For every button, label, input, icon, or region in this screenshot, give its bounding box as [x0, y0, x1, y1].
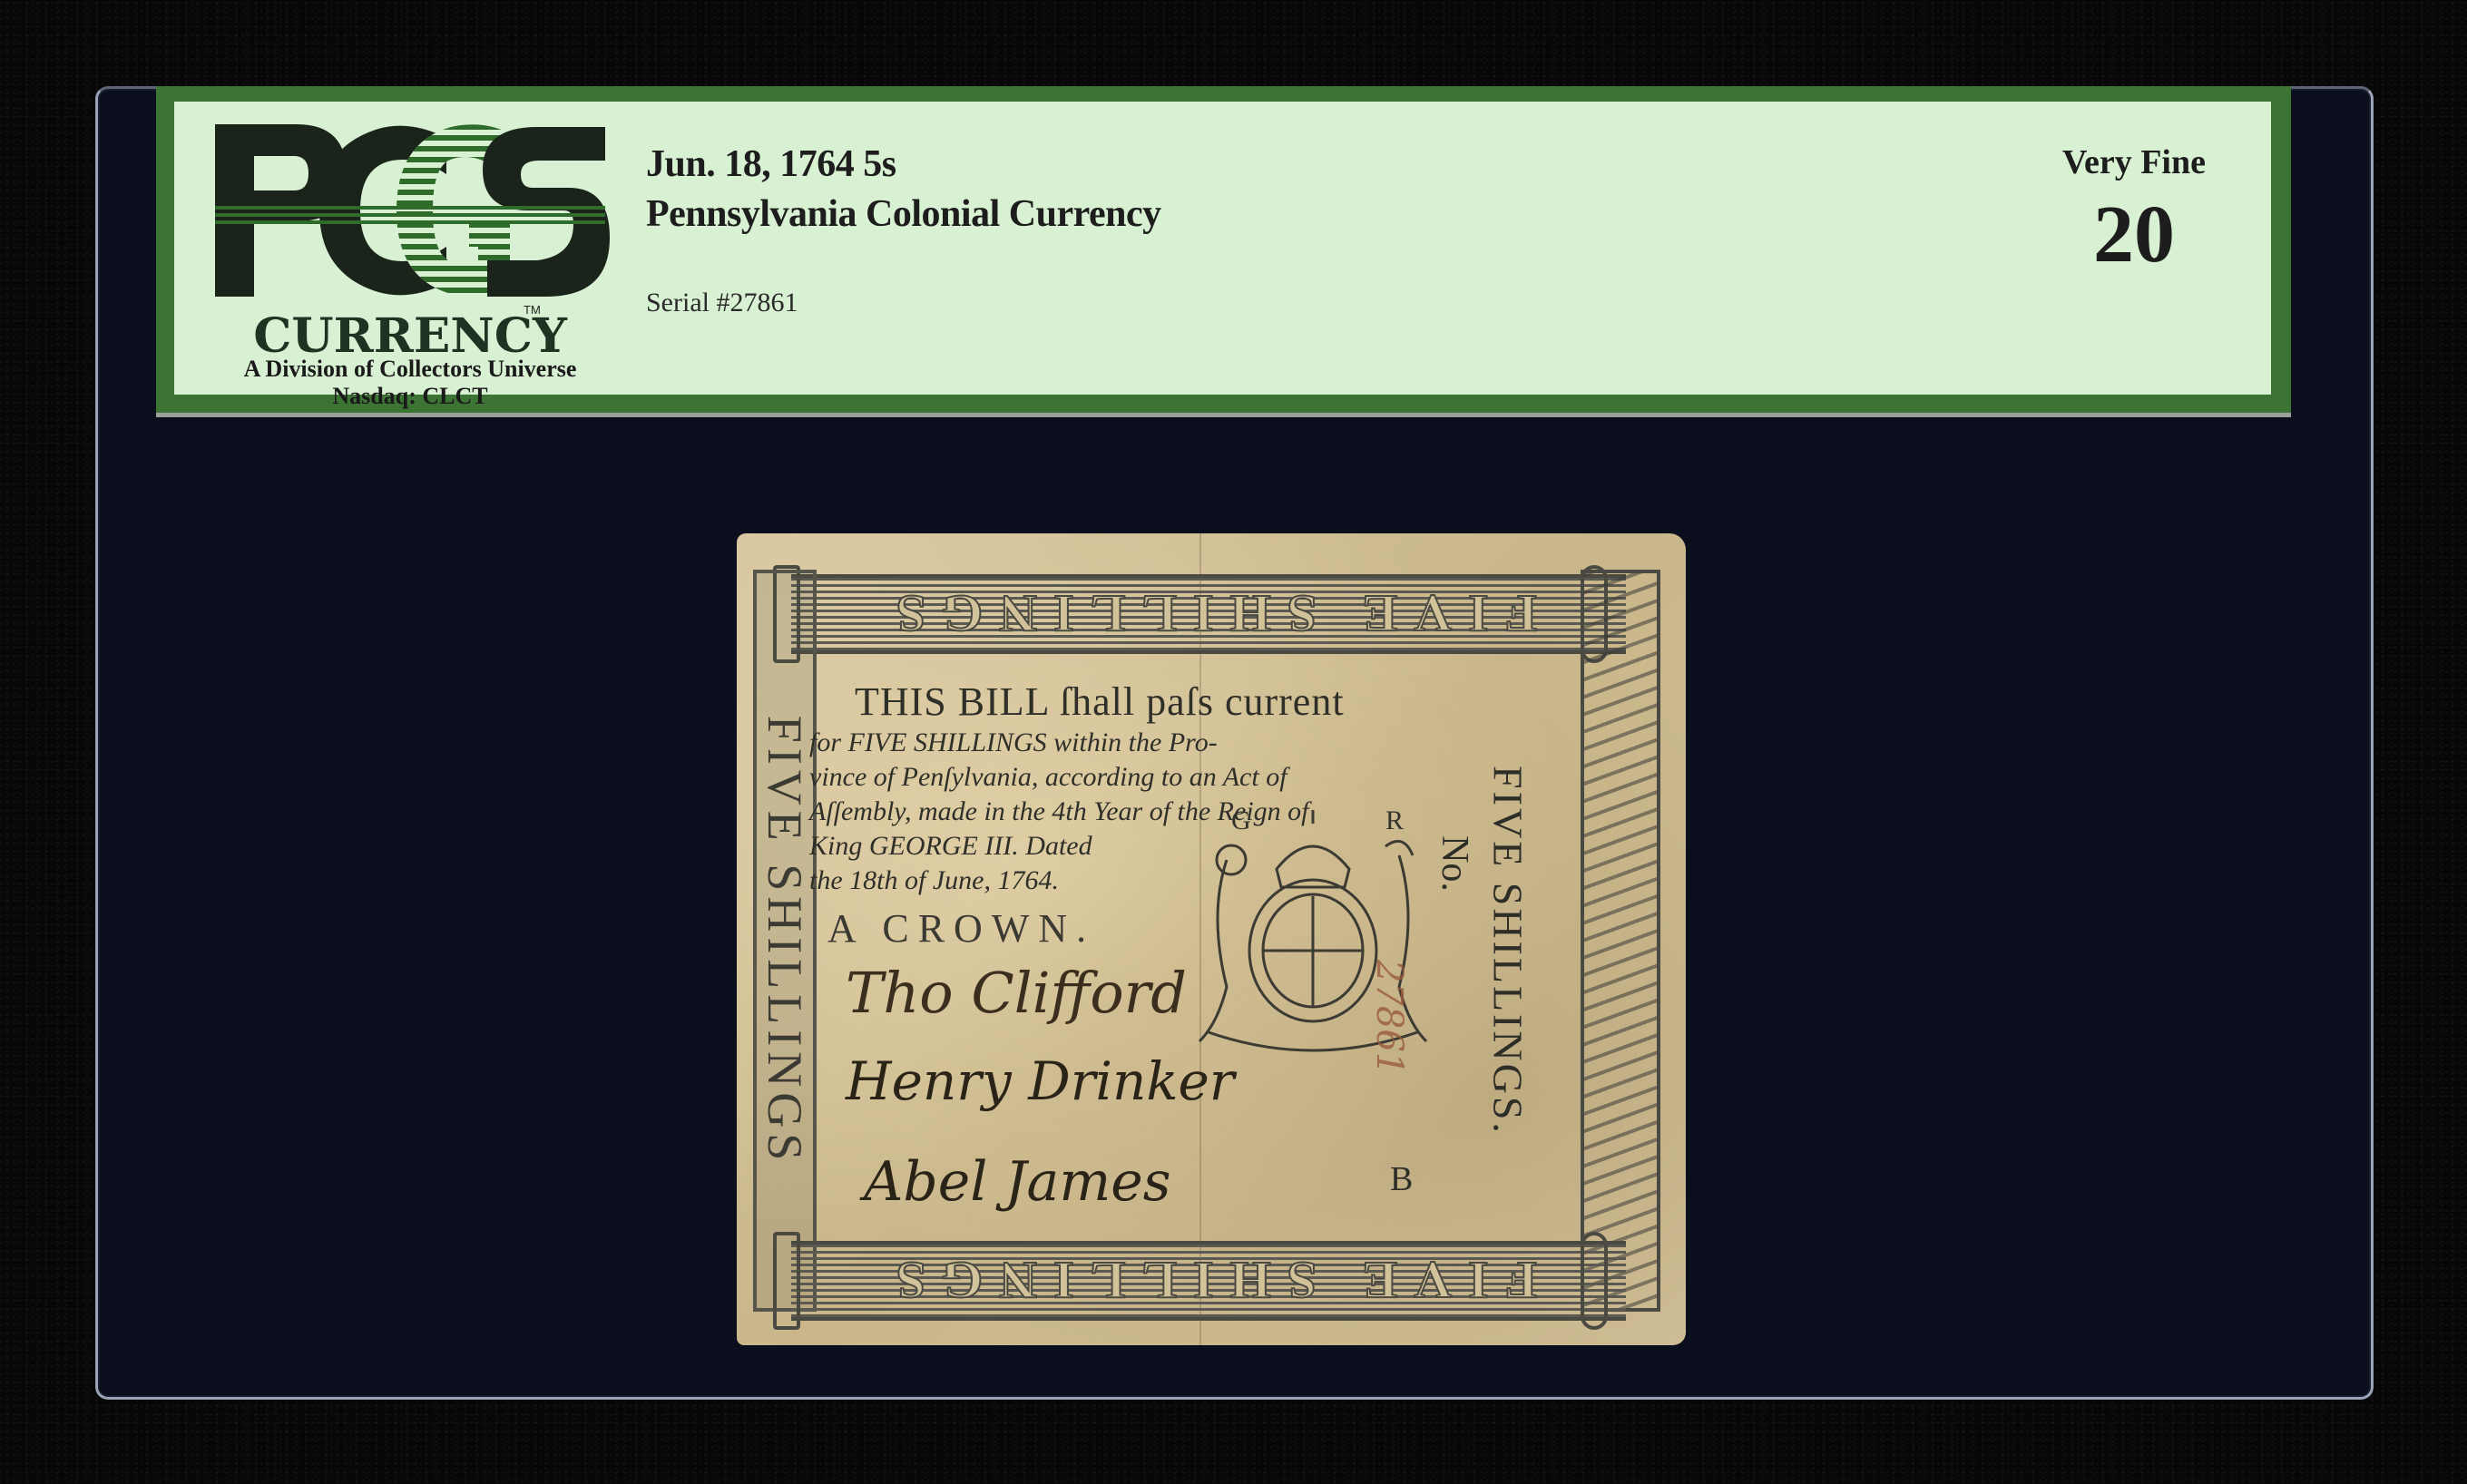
note-type: Pennsylvania Colonial Currency	[646, 192, 1161, 236]
grade-number: 20	[2016, 188, 2252, 281]
banknote: FIVE SHILLINGS FIVE SHILLINGS THIS BILL …	[737, 533, 1686, 1345]
ticker-text: Nasdaq: CLCT	[210, 383, 610, 410]
pcgs-currency-logo: TM CURRENCY A Division of Collectors Uni…	[210, 120, 610, 392]
scroll-ornament	[1581, 1232, 1608, 1330]
right-denomination: FIVE SHILLINGS.	[1481, 642, 1535, 1259]
handwritten-serial: 27861	[1368, 960, 1410, 1075]
body-line: for FIVE SHILLINGS within the Pro-	[809, 726, 1317, 760]
bottom-banner-text: FIVE SHILLINGS	[791, 1250, 1626, 1311]
label-panel: TM CURRENCY A Division of Collectors Uni…	[174, 102, 2271, 395]
left-border: FIVE SHILLINGS	[753, 570, 817, 1312]
slab-label: TM CURRENCY A Division of Collectors Uni…	[156, 86, 2291, 417]
note-date-denomination: Jun. 18, 1764 5s	[646, 142, 896, 186]
division-text: A Division of Collectors Universe	[210, 356, 610, 383]
right-denomination-text: FIVE SHILLINGS.	[1484, 766, 1532, 1136]
column-ornament	[773, 1232, 800, 1330]
body-line: THIS BILL ſhall paſs current	[809, 679, 1317, 726]
serial-number: Serial #27861	[646, 288, 798, 318]
top-banner-text: FIVE SHILLINGS	[791, 583, 1626, 644]
signature: Henry Drinker	[846, 1050, 1235, 1112]
body-line: vince of Penſylvania, according to an Ac…	[809, 760, 1317, 795]
number-label: No.	[1433, 835, 1476, 892]
signature: Abel James	[864, 1150, 1171, 1214]
pcgs-logo-icon	[210, 120, 610, 301]
denomination-word: A CROWN.	[827, 905, 1095, 952]
right-ornamental-border	[1581, 570, 1660, 1312]
signature: Tho Clifford	[846, 960, 1187, 1026]
plate-letter: B	[1390, 1159, 1413, 1199]
left-border-text: FIVE SHILLINGS	[757, 716, 813, 1167]
bottom-banner: FIVE SHILLINGS	[791, 1241, 1626, 1321]
grade-description: Very Fine	[2016, 142, 2252, 182]
